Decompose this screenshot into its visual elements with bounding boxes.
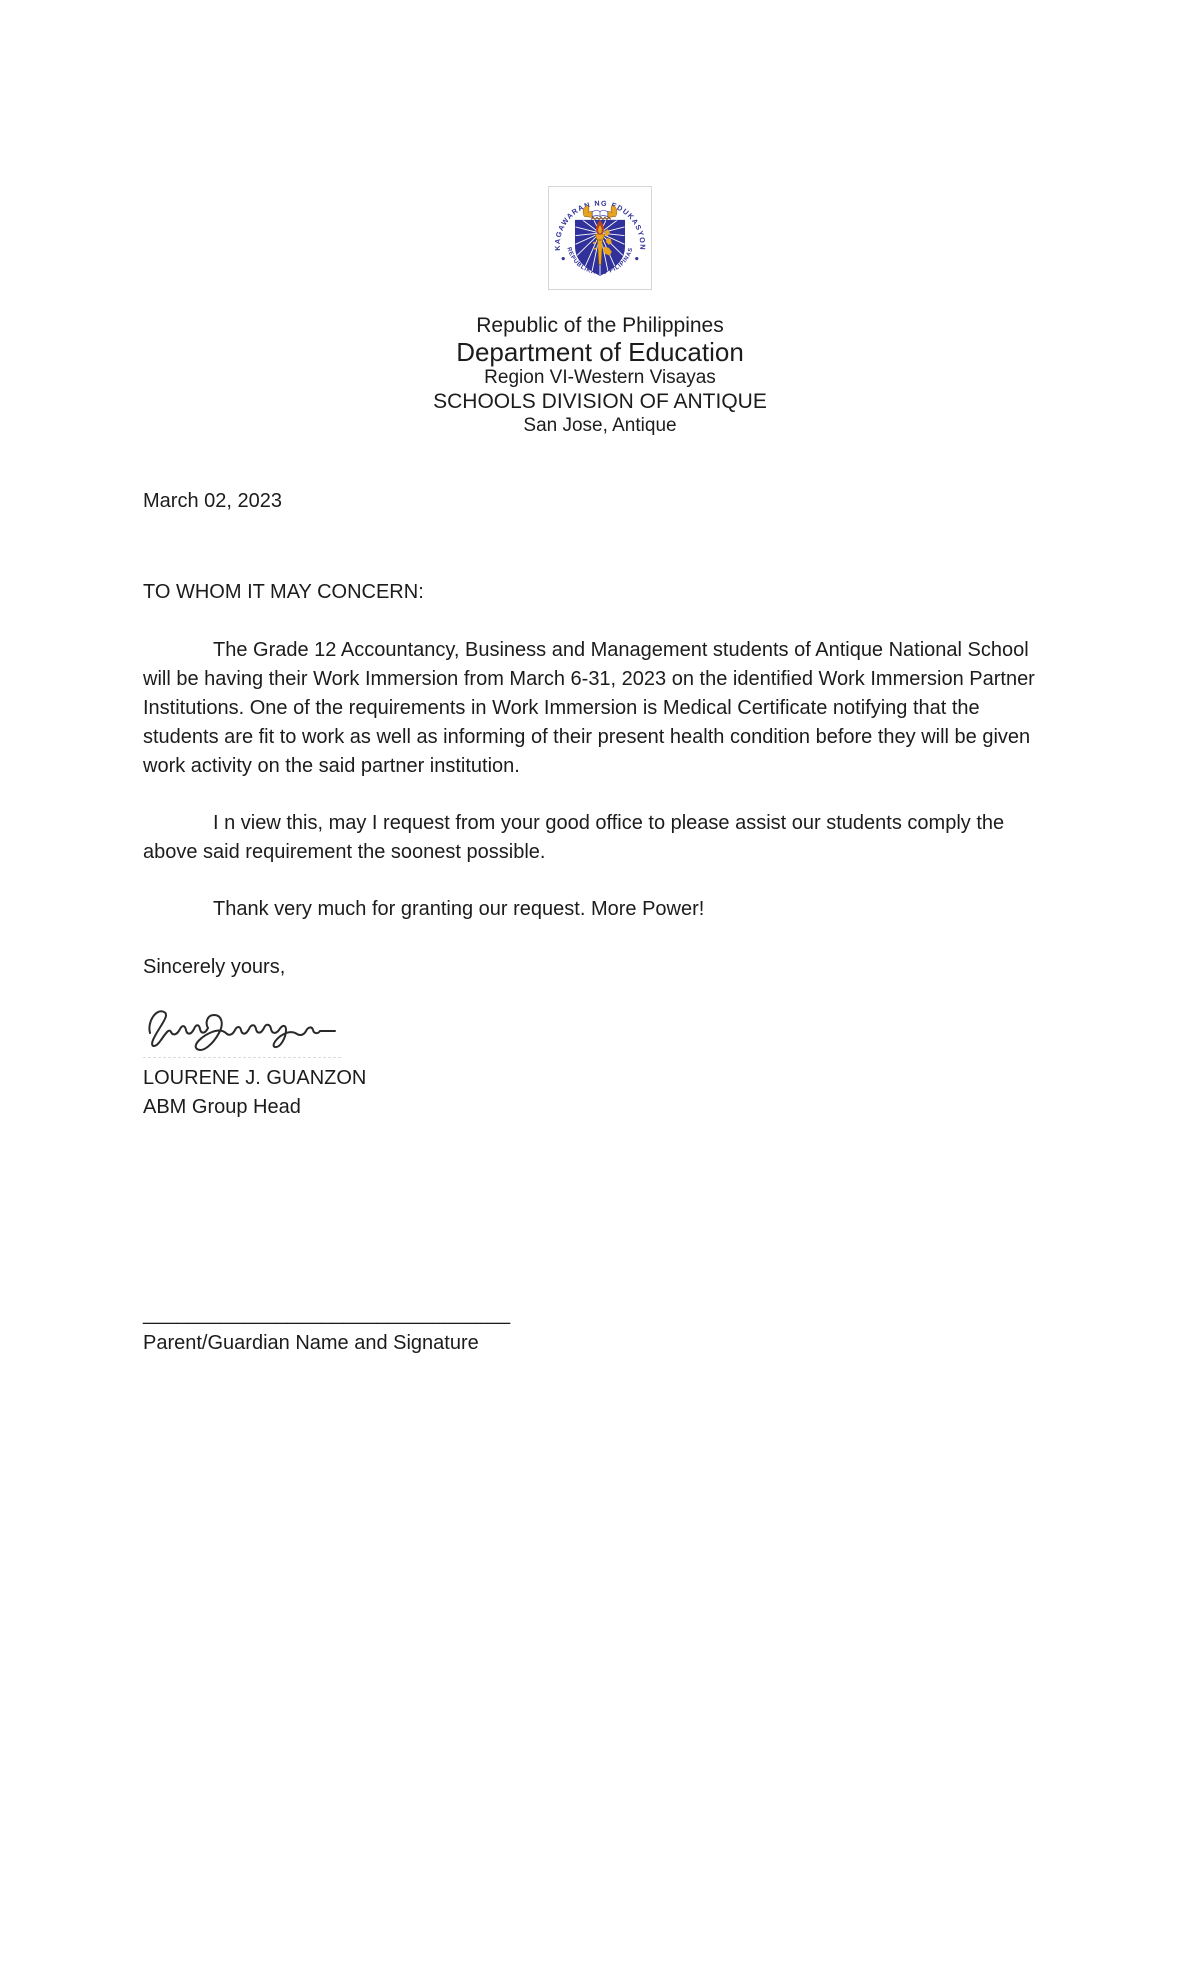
signatory-name: LOURENE J. GUANZON	[143, 1064, 1059, 1093]
letter-date: March 02, 2023	[143, 487, 1059, 516]
seal-crest	[583, 206, 617, 220]
guardian-signature-caption: Parent/Guardian Name and Signature	[143, 1329, 1059, 1358]
paragraph-2: I n view this, may I request from your g…	[143, 809, 1059, 867]
paragraph-3: Thank very much for granting our request…	[143, 895, 1059, 924]
letter-body: March 02, 2023 TO WHOM IT MAY CONCERN: T…	[143, 487, 1059, 1358]
letterhead-region: Region VI-Western Visayas	[0, 366, 1200, 390]
letterhead-department: Department of Education	[0, 338, 1200, 366]
letterhead-republic: Republic of the Philippines	[0, 313, 1200, 338]
letter-closing: Sincerely yours,	[143, 953, 1059, 982]
letterhead-address: San Jose, Antique	[0, 414, 1200, 438]
signature	[143, 1002, 343, 1058]
seal-right-dot	[635, 257, 638, 260]
deped-seal-logo: KAGAWARAN NG EDUKASYON REPUBLIKA NG PILI…	[548, 186, 652, 290]
letterhead-division: SCHOOLS DIVISION OF ANTIQUE	[0, 390, 1200, 414]
seal-garland	[591, 217, 611, 219]
letterhead: Republic of the Philippines Department o…	[0, 313, 1200, 438]
signatory-title: ABM Group Head	[143, 1093, 1059, 1122]
deped-seal-icon: KAGAWARAN NG EDUKASYON REPUBLIKA NG PILI…	[549, 187, 651, 289]
signature-icon	[143, 1002, 339, 1052]
letter-salutation: TO WHOM IT MAY CONCERN:	[143, 578, 1059, 607]
guardian-signature-line: _________________________________	[143, 1300, 1059, 1329]
seal-left-dot	[562, 257, 565, 260]
signature-underline	[143, 1057, 341, 1058]
paragraph-1: The Grade 12 Accountancy, Business and M…	[143, 636, 1059, 781]
letter-page: KAGAWARAN NG EDUKASYON REPUBLIKA NG PILI…	[0, 0, 1200, 1976]
